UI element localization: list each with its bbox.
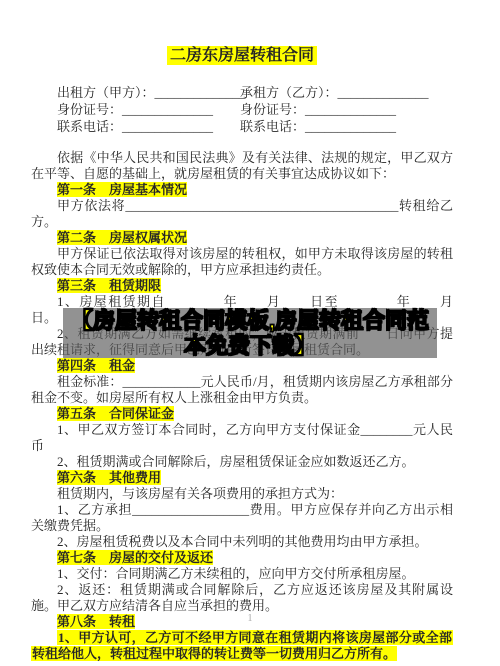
section-5-heading: 第五条 合同保证金 xyxy=(31,406,453,422)
section-5-item-2: 2、租赁期满或合同解除后，房屋租赁保证金应如数返还乙方。 xyxy=(31,454,453,470)
party-label: 联系电话： xyxy=(57,119,122,134)
watermark-text-line2: 本免费下载】 xyxy=(184,333,316,358)
section-6-heading: 第六条 其他费用 xyxy=(31,470,453,486)
section-4-paragraph: 租金标准：____________元人民币/月，租赁期内该房屋乙方承租部分租金不… xyxy=(31,374,453,406)
watermark-text-line1: 【房屋转租合同模板,房屋转租合同范 xyxy=(71,308,429,333)
contract-title-text: 二房东房屋转租合同 xyxy=(167,46,317,65)
section-heading-text: 第六条 其他费用 xyxy=(57,470,161,485)
section-6-item-1: 1、乙方承担__________________费用。甲方应保存并向乙方出示相关… xyxy=(31,502,453,534)
party-blank: ______________ xyxy=(155,85,246,100)
contract-title: 二房东房屋转租合同 xyxy=(31,46,453,66)
section-2-heading: 第二条 房屋权属状况 xyxy=(31,230,453,246)
section-1-paragraph: 甲方依法将___________________________________… xyxy=(31,198,453,230)
page-number: 1 xyxy=(0,613,500,624)
party-label: 身份证号： xyxy=(240,102,305,117)
section-6-intro: 租赁期内，与该房屋有关各项费用的承担方式为： xyxy=(31,486,453,502)
party-row: 出租方（甲方）：______________ 承租方（乙方）：_________… xyxy=(57,84,453,101)
section-heading-text: 第二条 房屋权属状况 xyxy=(57,230,187,245)
section-1-heading: 第一条 房屋基本情况 xyxy=(31,182,453,198)
party-blank: ______________ xyxy=(122,102,213,117)
party-label: 出租方（甲方）： xyxy=(57,85,155,100)
party-blank: ______________ xyxy=(122,119,213,134)
party-lessee: 承租方（乙方）：______________ xyxy=(240,84,429,101)
party-row: 身份证号：______________ 身份证号：______________ xyxy=(57,101,453,118)
section-5-item-1: 1、甲乙双方签订本合同时，乙方向甲方支付保证金________元人民币 xyxy=(31,422,453,454)
intro-paragraph: 依据《中华人民共和国民法典》及有关法律、法规的规定，甲乙双方在平等、自愿的基础上… xyxy=(31,150,453,182)
party-label: 承租方（乙方）： xyxy=(240,85,338,100)
section-3-heading: 第三条 租赁期限 xyxy=(31,278,453,294)
section-6-item-2: 2、房屋租赁税费以及本合同中未列明的其他费用均由甲方承担。 xyxy=(31,534,453,550)
section-4-heading: 第四条 租金 xyxy=(31,358,453,374)
section-heading-text: 第一条 房屋基本情况 xyxy=(57,182,187,197)
section-heading-text: 第三条 租赁期限 xyxy=(57,278,161,293)
section-heading-text: 第七条 房屋的交付及返还 xyxy=(57,550,213,565)
party-id-right: 身份证号：______________ xyxy=(240,101,396,118)
contract-page: 二房东房屋转租合同 出租方（甲方）：______________ 承租方（乙方）… xyxy=(0,0,500,666)
party-label: 联系电话： xyxy=(240,119,305,134)
section-heading-text: 第四条 租金 xyxy=(57,358,135,373)
section-7-item-2: 2、返还：租赁期满或合同解除后，乙方应返还该房屋及其附属设施。甲乙双方应结清各自… xyxy=(31,582,453,614)
party-phone-left: 联系电话：______________ xyxy=(57,118,240,135)
watermark-overlay: 【房屋转租合同模板,房屋转租合同范 本免费下载】 xyxy=(63,308,437,358)
section-8-paragraph: 1、甲方认可，乙方可不经甲方同意在租赁期内将该房屋部分或全部转租给他人，转租过程… xyxy=(31,630,453,662)
party-label: 身份证号： xyxy=(57,102,122,117)
section-7-heading: 第七条 房屋的交付及返还 xyxy=(31,550,453,566)
party-row: 联系电话：______________ 联系电话：______________ xyxy=(57,118,453,135)
contract-body: 依据《中华人民共和国民法典》及有关法律、法规的规定，甲乙双方在平等、自愿的基础上… xyxy=(31,150,453,662)
section-7-item-1: 1、交付：合同期满乙方未续租的，应向甲方交付所承租房屋。 xyxy=(31,566,453,582)
party-blank: ______________ xyxy=(338,85,429,100)
party-blank: ______________ xyxy=(305,119,396,134)
section-2-paragraph: 甲方保证已依法取得对该房屋的转租权，如甲方未取得该房屋的转租权致使本合同无效或解… xyxy=(31,246,453,278)
party-id-left: 身份证号：______________ xyxy=(57,101,240,118)
section-heading-text: 第五条 合同保证金 xyxy=(57,406,174,421)
highlighted-paragraph-text: 1、甲方认可，乙方可不经甲方同意在租赁期内将该房屋部分或全部转租给他人，转租过程… xyxy=(31,630,453,661)
party-lessor: 出租方（甲方）：______________ xyxy=(57,84,240,101)
parties-block: 出租方（甲方）：______________ 承租方（乙方）：_________… xyxy=(57,84,453,135)
party-blank: ______________ xyxy=(305,102,396,117)
party-phone-right: 联系电话：______________ xyxy=(240,118,396,135)
